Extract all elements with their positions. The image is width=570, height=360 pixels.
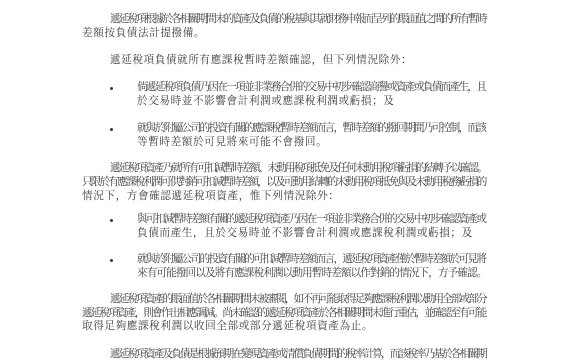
bullet-1-line-1: 倘遞延稅項負債乃因在一項並非業務合併的交易中初步確認商譽或資產或負債而產生，且: [137, 81, 485, 94]
paragraph-4-line-3: 取得足夠應課稅利潤以收回全部或部分遞延稅項資產為止。: [82, 320, 373, 333]
paragraph-3-line-1: 遞延稅項資產乃就所有可扣減暫時差額、未動用稅項抵免及任何未動用稅項虧損的結轉予以…: [110, 162, 486, 175]
bullet-1-line-2: 於交易時並不影響會計利潤或應課稅利潤或虧損；及: [137, 95, 394, 108]
paragraph-4-line-2: 遞延稅項資產，則會作出相應調減。尚未確認的遞延稅項資產於各相關期間末進行重估，並…: [82, 307, 486, 320]
bullet-3-line-2: 負債而產生，且於交易時並不影響會計利潤或應課稅利潤或虧損；及: [137, 227, 473, 240]
bullet-marker-2: [110, 128, 113, 131]
paragraph-3-line-3: 情況下，方會確認遞延稅項資產，惟下列情況除外：: [82, 190, 339, 203]
paragraph-1-line-2: 差額按負債法計提撥備。: [82, 27, 205, 40]
document-page: 遞延稅項根據於各相關期間末的資產及負債的稅基與其就財務申報而呈列的賬面值之間的所…: [0, 0, 570, 360]
bullet-2-line-1: 就與於附屬公司的投資有關的應課稅暫時差額而言，暫時差額的撥回期間乃可控制，而該: [137, 122, 485, 135]
bullet-marker-1: [110, 87, 113, 90]
bullet-3-line-1: 與可扣減暫時差額有關的遞延稅項資產乃因在一項並非業務合併的交易中初步確認資產或: [137, 213, 485, 226]
paragraph-5-line-1: 遞延稅項資產及負債是根據預期在變現資產或清償負債期間的稅率計算，而該稅率乃基於各…: [110, 348, 486, 360]
bullet-4-line-2: 來有可能撥回以及將有應課稅利潤以動用暫時差額以作對銷的情況下，方予確認。: [137, 267, 487, 280]
bullet-2-line-2: 等暫時差額於可見將來可能不會撥回。: [137, 136, 327, 149]
bullet-marker-3: [110, 219, 113, 222]
paragraph-1-line-1: 遞延稅項根據於各相關期間末的資產及負債的稅基與其就財務申報而呈列的賬面值之間的所…: [110, 13, 488, 26]
paragraph-3-line-2: 只限於有應課稅利潤可供對銷可扣減暫時差額，以及可動用結轉的未動用稅項抵免與及未動…: [82, 176, 486, 189]
paragraph-2-line-1: 遞延稅項負債就所有應課稅暫時差額確認，但下列情況除外：: [110, 54, 412, 67]
paragraph-4-line-1: 遞延稅項資產的賬面值於各相關期間末被審閱，如不再可能取得足夠應課稅利潤以動用全部…: [110, 293, 486, 306]
bullet-marker-4: [110, 259, 113, 262]
bullet-4-line-1: 就與於附屬公司的投資有關的可扣減暫時差額而言，遞延稅項資產僅於暫時差額於可見將: [137, 253, 485, 266]
